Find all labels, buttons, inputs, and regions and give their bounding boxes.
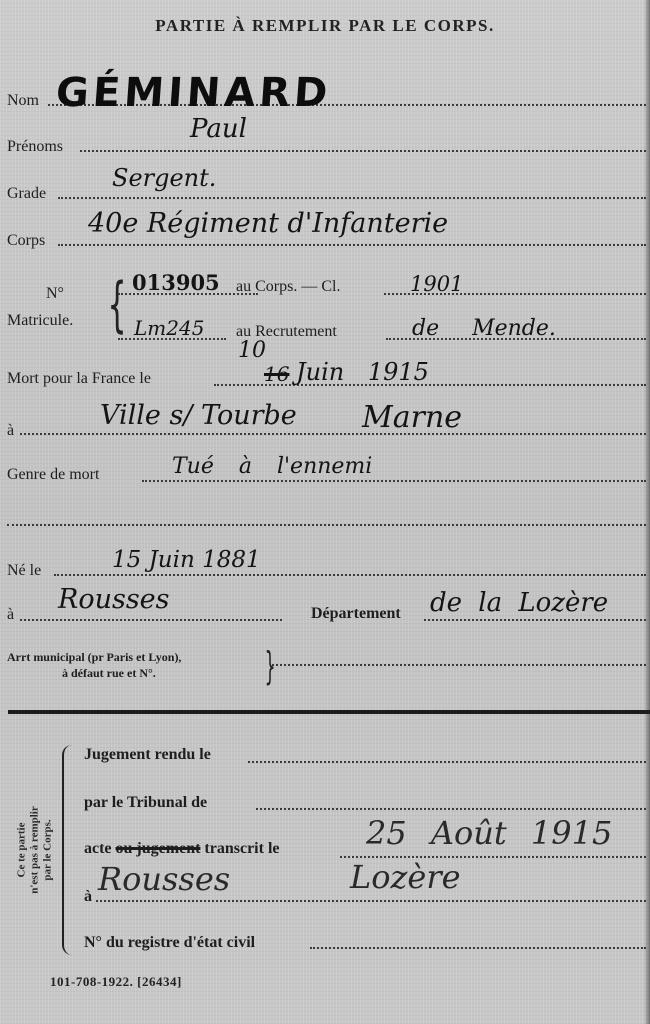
arrondissement-label-line1: Arrt municipal (pr Paris et Lyon), xyxy=(7,650,181,665)
mort-crossed-day: 16 xyxy=(264,362,289,386)
form-title: PARTIE À REMPLIR PAR LE CORPS. xyxy=(0,16,650,36)
lieu-transcription-region: Lozère xyxy=(350,858,461,896)
departement-value: de la Lozère xyxy=(430,588,608,618)
lieu-mort-region: Marne xyxy=(362,400,462,435)
lieu-naissance-label: à xyxy=(7,606,14,624)
grade-label: Grade xyxy=(7,185,46,203)
lieu-transcription-label: à xyxy=(84,888,92,906)
lieu-mort-line xyxy=(20,433,646,435)
genre-mort-label: Genre de mort xyxy=(7,466,99,484)
matricule-label-n: N° xyxy=(46,285,64,303)
grade-line xyxy=(58,197,646,199)
nom-value: GÉMINARD xyxy=(54,70,332,116)
prenoms-value: Paul xyxy=(190,114,247,144)
corps-value: 40e Régiment d'Infanterie xyxy=(88,208,448,239)
naissance-line xyxy=(54,574,646,576)
matricule-recrutement-place: de Mende. xyxy=(412,316,556,341)
side-note-line3: par le Corps. xyxy=(42,806,55,894)
transcrit-value: 25 Août 1915 xyxy=(366,814,612,852)
form-reference: 101-708-1922. [26434] xyxy=(50,974,182,990)
corps-line xyxy=(58,244,646,246)
lieu-mort-label: à xyxy=(7,422,14,440)
lieu-mort-value: Ville s/ Tourbe xyxy=(100,400,297,431)
genre-mort-value: Tué à l'ennemi xyxy=(172,454,372,479)
side-note-line2: n'est pas à remplir xyxy=(29,806,42,894)
genre-mort-line xyxy=(142,480,646,482)
lieu-transcription-value: Rousses xyxy=(98,860,230,898)
side-note-line1: Ce te partie xyxy=(16,806,29,894)
mort-correction: 10 xyxy=(238,338,266,363)
arrondissement-brace: } xyxy=(265,644,276,688)
jugement-line xyxy=(248,761,646,763)
transcrit-label: acte ou jugement transcrit le xyxy=(84,840,280,858)
naissance-value: 15 Juin 1881 xyxy=(112,547,261,573)
naissance-label: Né le xyxy=(7,562,41,580)
prenoms-line xyxy=(80,150,646,152)
matricule-corps-number: 013905 xyxy=(132,270,220,295)
departement-line xyxy=(424,619,646,621)
jugement-label: Jugement rendu le xyxy=(84,746,211,764)
genre-mort-extra-line xyxy=(7,524,646,526)
lieu-naissance-value: Rousses xyxy=(58,584,170,615)
matricule-corps-label: au Corps. — Cl. xyxy=(236,278,340,296)
transcrit-label-suffix: transcrit le xyxy=(204,840,279,857)
page-edge-shadow xyxy=(644,0,650,1024)
transcrit-label-struck: ou jugement xyxy=(116,840,201,857)
lieu-naissance-line xyxy=(20,619,282,621)
tribunal-line xyxy=(256,808,646,810)
prenoms-label: Prénoms xyxy=(7,138,63,156)
nom-label: Nom xyxy=(7,92,39,110)
second-part-brace xyxy=(62,745,78,955)
mort-label: Mort pour la France le xyxy=(7,370,151,388)
section-divider xyxy=(8,710,650,714)
grade-value: Sergent. xyxy=(112,164,216,192)
tribunal-label: par le Tribunal de xyxy=(84,794,207,812)
side-note: Ce te partie n'est pas à remplir par le … xyxy=(2,760,68,940)
registre-line xyxy=(310,947,646,949)
matricule-label: Matricule. xyxy=(7,312,73,330)
arrondissement-label-line2: à défaut rue et N°. xyxy=(62,666,156,681)
matricule-classe: 1901 xyxy=(410,272,463,296)
mort-value: Juin 1915 xyxy=(296,358,429,386)
matricule-recrutement-number: Lm245 xyxy=(134,316,204,340)
arrondissement-line xyxy=(272,664,646,666)
lieu-transcription-line xyxy=(96,900,646,902)
matricule-brace: { xyxy=(108,270,127,340)
transcrit-label-prefix: acte xyxy=(84,840,112,857)
corps-label: Corps xyxy=(7,232,45,250)
departement-label: Département xyxy=(311,605,401,623)
registre-label: N° du registre d'état civil xyxy=(84,934,255,952)
